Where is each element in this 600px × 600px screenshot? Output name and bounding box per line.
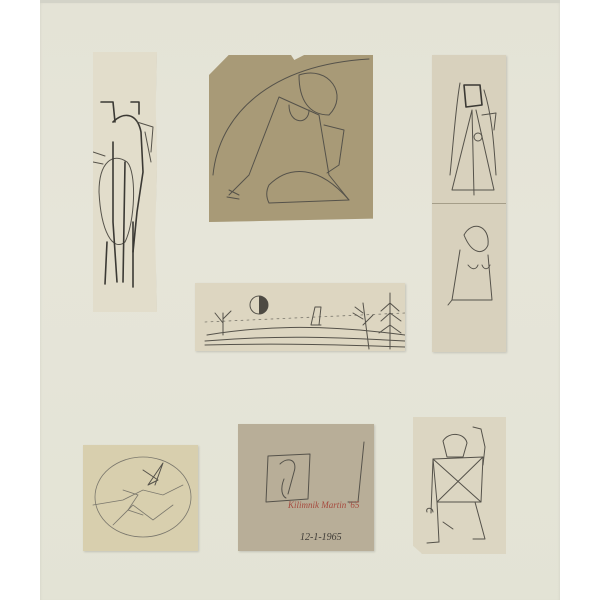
seated-figure-drawing	[209, 55, 373, 222]
sketch-landscape-moon	[195, 283, 405, 351]
sketch-figures-strip	[432, 55, 506, 352]
sketch-horse-figure	[93, 52, 157, 312]
horse-drawing	[93, 52, 157, 312]
signature: Kilimnik Martin '65	[288, 500, 359, 510]
abstract-drawing	[83, 445, 198, 551]
armored-figure-drawing	[413, 417, 506, 554]
figures-drawing	[432, 55, 506, 352]
sketch-armored-figure	[413, 417, 506, 554]
sketch-dated-figure: Kilimnik Martin '65 12-1-1965	[238, 424, 374, 551]
sketch-seated-figure	[209, 55, 373, 222]
landscape-drawing	[195, 283, 405, 351]
mat-board: Kilimnik Martin '65 12-1-1965	[40, 0, 560, 600]
sketch-abstract-oval	[83, 445, 198, 551]
date-inscription: 12-1-1965	[300, 532, 342, 543]
